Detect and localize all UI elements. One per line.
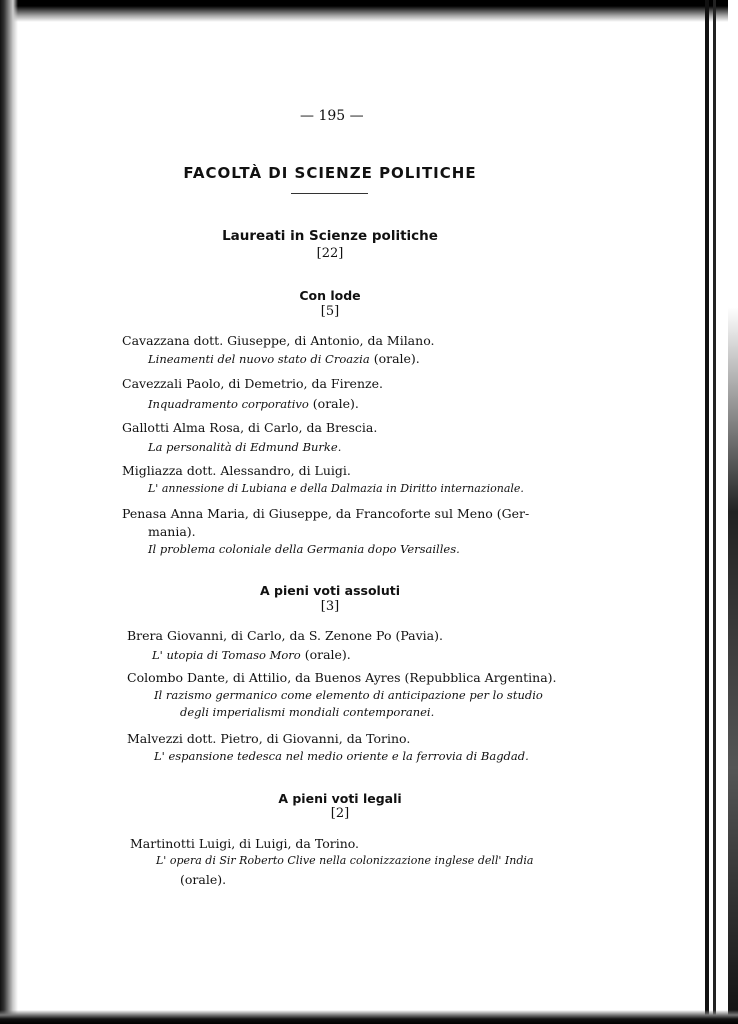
entry-thesis: Inquadramento corporativo (orale). (148, 396, 359, 411)
group-title-con-lode: Con lode (0, 288, 660, 303)
section-count: [22] (0, 246, 660, 261)
entry-name-continuation: mania). (148, 524, 196, 539)
group-count-pieni-voti-assoluti: [3] (0, 599, 660, 614)
group-title-pieni-voti-assoluti: A pieni voti assoluti (0, 583, 660, 598)
entry-thesis: L' annessione di Lubiana e della Dalmazi… (148, 482, 524, 495)
entry-name: Malvezzi dott. Pietro, di Giovanni, da T… (127, 731, 410, 746)
document-page: — 195 — FACOLTÀ DI SCIENZE POLITICHE Lau… (0, 0, 738, 1024)
page-number: — 195 — (300, 108, 360, 124)
entry-name: Cavezzali Paolo, di Demetrio, da Firenze… (122, 376, 383, 391)
entry-thesis-note: (orale). (180, 872, 226, 887)
entry-name: Colombo Dante, di Attilio, da Buenos Ayr… (127, 670, 557, 685)
entry-thesis: L' opera di Sir Roberto Clive nella colo… (156, 854, 533, 867)
group-count-pieni-voti-legali: [2] (10, 806, 670, 821)
entry-name: Penasa Anna Maria, di Giuseppe, da Franc… (122, 506, 529, 521)
entry-thesis: Il problema coloniale della Germania dop… (148, 542, 460, 556)
faculty-title: FACOLTÀ DI SCIENZE POLITICHE (140, 164, 520, 182)
entry-name: Gallotti Alma Rosa, di Carlo, da Brescia… (122, 420, 377, 435)
entry-name: Cavazzana dott. Giuseppe, di Antonio, da… (122, 333, 434, 348)
title-divider (291, 193, 368, 194)
entry-name: Brera Giovanni, di Carlo, da S. Zenone P… (127, 628, 443, 643)
entry-thesis-continuation: degli imperialismi mondiali contemporane… (180, 705, 434, 719)
entry-thesis: L' utopia di Tomaso Moro (orale). (152, 647, 351, 662)
entry-thesis: L' espansione tedesca nel medio oriente … (154, 749, 529, 763)
entry-thesis: Lineamenti del nuovo stato di Croazia (o… (148, 351, 420, 366)
entry-name: Migliazza dott. Alessandro, di Luigi. (122, 463, 351, 478)
entry-thesis: La personalità di Edmund Burke. (148, 440, 341, 454)
section-title: Laureati in Scienze politiche (0, 228, 660, 244)
group-count-con-lode: [5] (0, 304, 660, 319)
entry-thesis: Il razismo germanico come elemento di an… (154, 688, 543, 702)
group-title-pieni-voti-legali: A pieni voti legali (10, 791, 670, 806)
entry-name: Martinotti Luigi, di Luigi, da Torino. (130, 836, 359, 851)
